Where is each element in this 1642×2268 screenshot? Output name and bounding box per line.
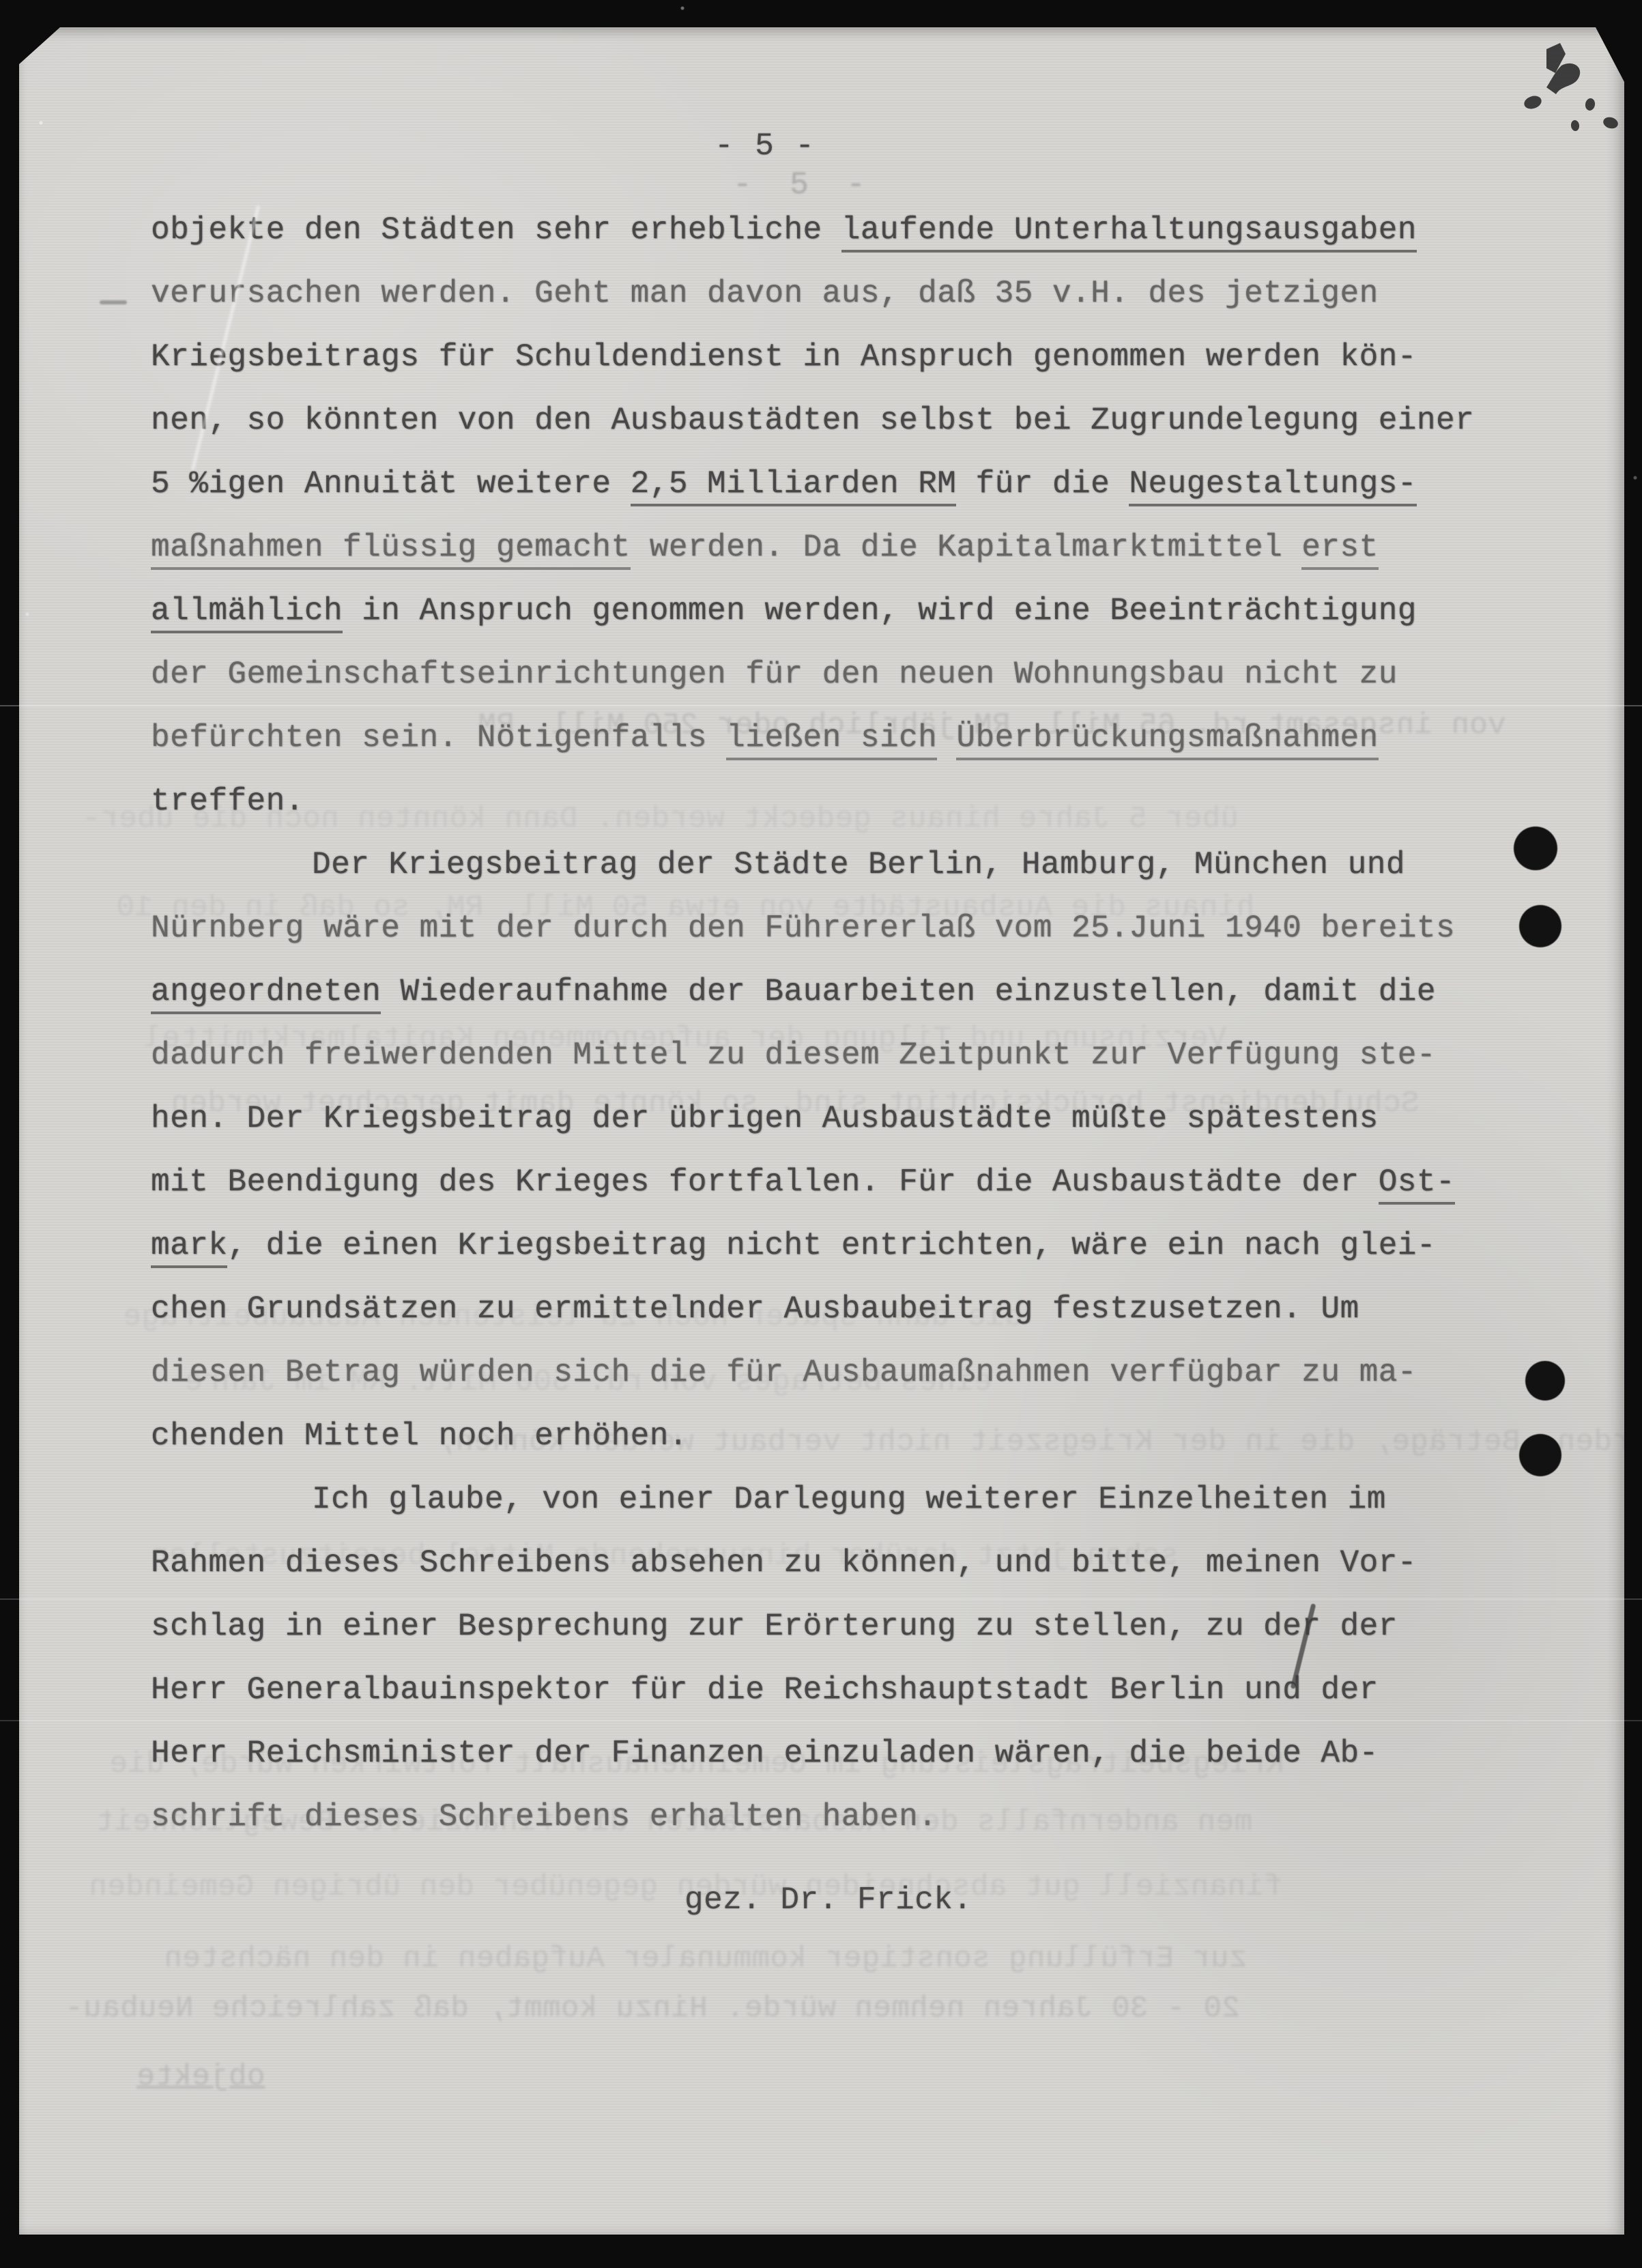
bleedthrough-line: die dann später noch zu leistenden Ausba… (123, 1300, 1022, 1334)
text-line: Ich glaube, von einer Darlegung weiterer… (151, 1468, 1509, 1532)
punch-hole (1514, 827, 1557, 870)
scanned-document: - 5 - - 5 - objekte den Städten sehr erh… (0, 0, 1642, 2268)
bleedthrough-line: zur Erfüllung sonstiger kommunaler Aufga… (164, 1942, 1247, 1976)
text-line: allmählich in Anspruch genommen werden, … (151, 579, 1509, 643)
text-line: angeordneten Wiederaufnahme der Bauarbei… (151, 960, 1509, 1024)
ink-scribble-mark (1507, 40, 1642, 156)
bleedthrough-line: von insgesamt rd. 65 Mill. RM jährlich o… (478, 708, 1506, 743)
page-number: - 5 - (714, 128, 816, 164)
text-line: Kriegsbeitrags für Schuldendienst in Ans… (151, 326, 1509, 389)
bleedthrough-line: schon jetzt darüber hinausgehende Mittel… (150, 1539, 1179, 1573)
bleedthrough-line: werden. Beträge, die in der Kriegszeit n… (437, 1425, 1642, 1459)
text-line: maßnahmen flüssig gemacht werden. Da die… (151, 516, 1509, 579)
text-line: Der Kriegsbeitrag der Städte Berlin, Ham… (151, 833, 1509, 897)
page-number-ghost: - 5 - (733, 167, 849, 203)
bleedthrough-line: Kriegsbeitragsleistung im Gemeindehausha… (109, 1747, 1284, 1781)
bleedthrough-line: 20 - 30 Jahren nehmen würde. Hinzu kommt… (65, 1992, 1240, 2026)
text-line: mark, die einen Kriegsbeitrag nicht entr… (151, 1214, 1509, 1278)
text-line: 5 %igen Annuität weitere 2,5 Milliarden … (151, 453, 1509, 516)
document-page: - 5 - - 5 - objekte den Städten sehr erh… (19, 27, 1624, 2235)
punch-hole (1519, 1434, 1561, 1476)
bleedthrough-line: hinaus die Ausbaustädte von etwa 50 Mill… (116, 891, 1254, 925)
ink-smudge-mark (100, 300, 127, 304)
bleedthrough-line: finanziell gut abschneiden würden gegenü… (89, 1870, 1282, 1904)
bleedthrough-line: über 5 Jahre hinaus gedeckt werden. Dann… (82, 802, 1239, 836)
text-line: verursachen werden. Geht man davon aus, … (151, 262, 1509, 326)
bleedthrough-line: Schuldendienst berücksichtigt sind, so k… (171, 1087, 1420, 1121)
bleedthrough-line: men andernfalls den Ausbaustädten die fi… (96, 1805, 1252, 1839)
text-line: objekte den Städten sehr erhebliche lauf… (151, 199, 1509, 262)
text-line: der Gemeinschaftseinrichtungen für den n… (151, 643, 1509, 706)
text-line: Herr Generalbauinspektor für die Reichsh… (151, 1659, 1509, 1722)
punch-hole (1519, 905, 1561, 947)
text-line: mit Beendigung des Krieges fortfallen. F… (151, 1151, 1509, 1214)
bleedthrough-line: Verzinsung und Tilgung der aufgenommenen… (143, 1022, 1226, 1056)
punch-hole (1525, 1361, 1565, 1401)
bleedthrough-line: objekte (136, 2060, 265, 2094)
bleedthrough-line: eines Betrages von rd. 500 Mill. RM im J… (184, 1365, 992, 1399)
text-line: nen, so könnten von den Ausbaustädten se… (151, 389, 1509, 453)
